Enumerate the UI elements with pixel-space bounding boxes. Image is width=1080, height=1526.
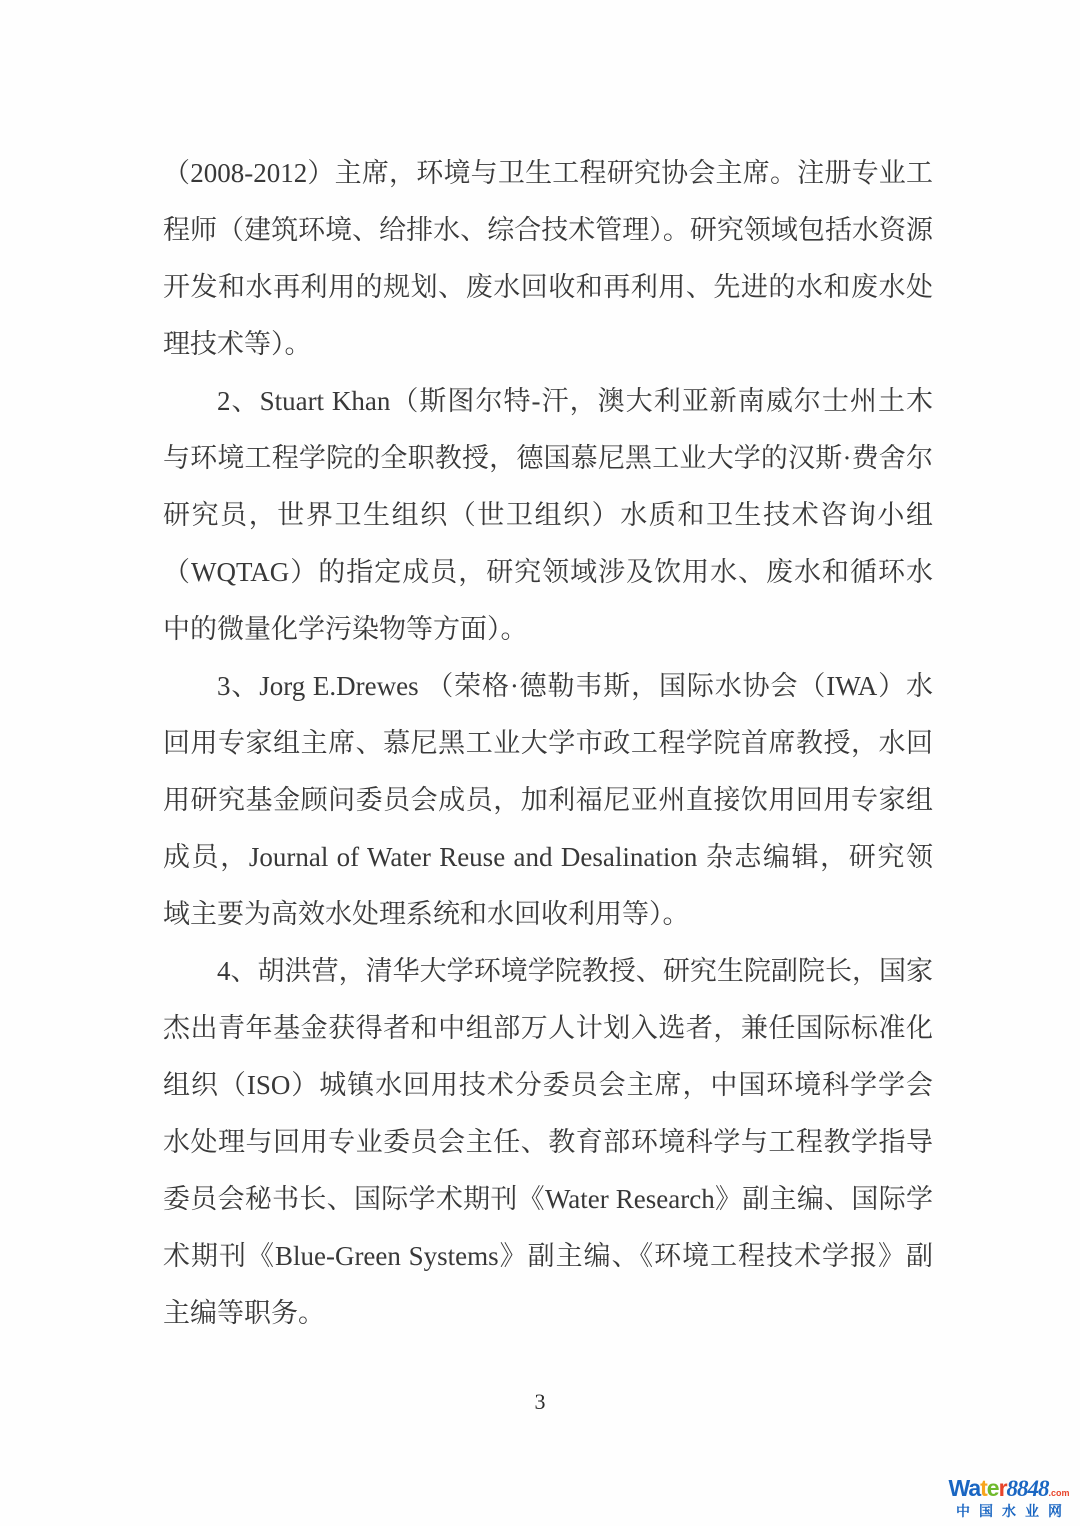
paragraph-expert-4-hu-hongying: 4、胡洪营，清华大学环境学院教授、研究生院副院长，国家杰出青年基金获得者和中组部… (163, 943, 933, 1342)
logo-letter-a: a (968, 1475, 980, 1501)
water8848-wordmark: Water8848.com (943, 1477, 1075, 1500)
page-number: 3 (0, 1388, 1080, 1416)
logo-letter-w: W (948, 1475, 968, 1501)
paragraph-continuation: （2008-2012）主席，环境与卫生工程研究协会主席。注册专业工程师（建筑环境… (163, 145, 933, 373)
document-body: （2008-2012）主席，环境与卫生工程研究协会主席。注册专业工程师（建筑环境… (163, 145, 933, 1342)
logo-number: 8848 (1007, 1476, 1049, 1501)
logo-tld: .com (1049, 1488, 1070, 1498)
logo-letter-e: e (987, 1475, 999, 1501)
logo-letter-t: t (980, 1475, 987, 1501)
logo-subtitle: 中国水业网 (943, 1504, 1075, 1518)
water8848-logo: Water8848.com 中国水业网 (943, 1477, 1075, 1518)
paragraph-expert-3-jorg-drewes: 3、Jorg E.Drewes （荣格·德勒韦斯，国际水协会（IWA）水回用专家… (163, 658, 933, 943)
document-page: （2008-2012）主席，环境与卫生工程研究协会主席。注册专业工程师（建筑环境… (0, 0, 1080, 1526)
logo-letter-r: r (999, 1475, 1007, 1501)
paragraph-expert-2-stuart-khan: 2、Stuart Khan（斯图尔特-汗，澳大利亚新南威尔士州土木与环境工程学院… (163, 373, 933, 658)
